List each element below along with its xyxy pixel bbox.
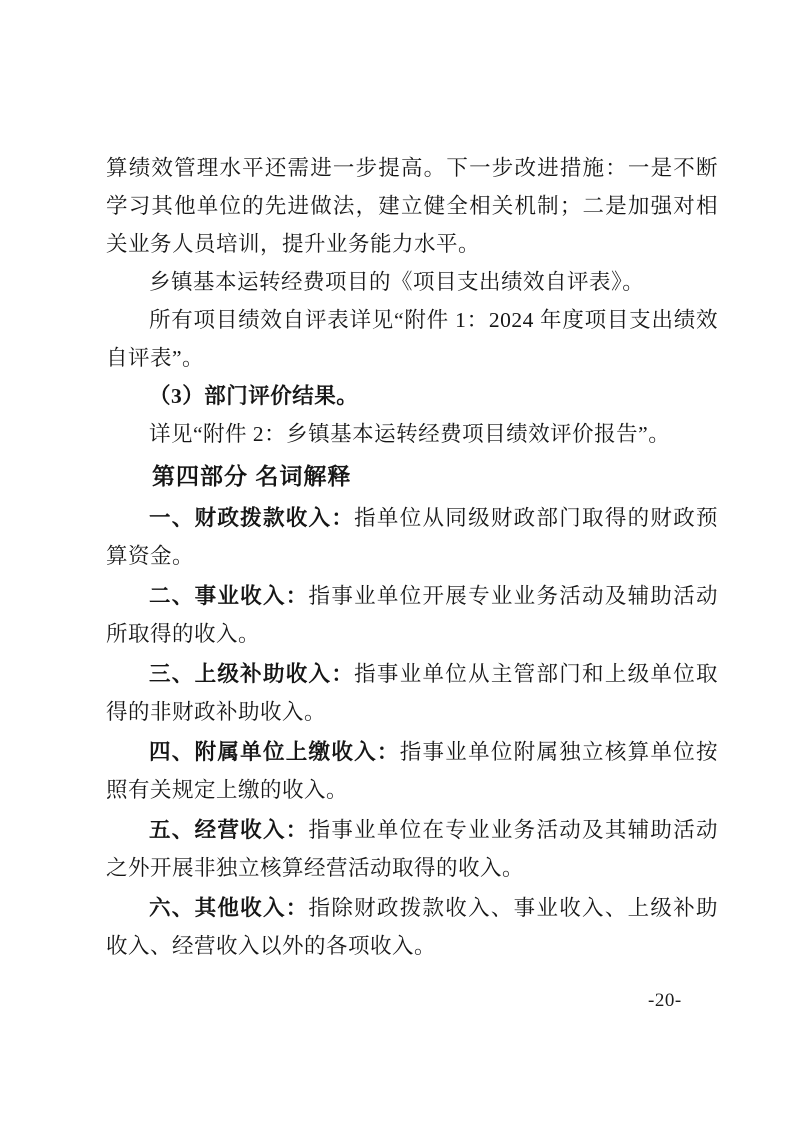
- paragraph-text: 乡镇基本运转经费项目的《项目支出绩效自评表》。: [149, 270, 644, 294]
- paragraph: 所有项目绩效自评表详见“附件 1：2024 年度项目支出绩效自评表”。: [106, 301, 718, 377]
- term-definition: 三、上级补助收入：指事业单位从主管部门和上级单位取得的非财政补助收入。: [106, 655, 718, 731]
- term-lead: 六、其他收入：: [149, 896, 309, 920]
- paragraph: 详见“附件 2：乡镇基本运转经费项目绩效评价报告”。: [106, 415, 718, 453]
- paragraph-text: 算绩效管理水平还需进一步提高。下一步改进措施：一是不断学习其他单位的先进做法，建…: [106, 156, 718, 256]
- term-definition: 一、财政拨款收入：指单位从同级财政部门取得的财政预算资金。: [106, 499, 718, 575]
- term-definition: 六、其他收入：指除财政拨款收入、事业收入、上级补助收入、经营收入以外的各项收入。: [106, 889, 718, 965]
- section-heading: 第四部分 名词解释: [106, 457, 718, 495]
- term-lead: 三、上级补助收入：: [149, 662, 354, 686]
- term-definition: 二、事业收入：指事业单位开展专业业务活动及辅助活动所取得的收入。: [106, 577, 718, 653]
- term-lead: 一、财政拨款收入：: [149, 506, 354, 530]
- term-definition: 五、经营收入：指事业单位在专业业务活动及其辅助活动之外开展非独立核算经营活动取得…: [106, 811, 718, 887]
- subsection-heading: （3）部门评价结果。: [106, 377, 718, 415]
- paragraph-continuation: 算绩效管理水平还需进一步提高。下一步改进措施：一是不断学习其他单位的先进做法，建…: [106, 149, 718, 263]
- paragraph-text: 详见“附件 2：乡镇基本运转经费项目绩效评价报告”。: [149, 422, 670, 446]
- term-definition: 四、附属单位上缴收入：指事业单位附属独立核算单位按照有关规定上缴的收入。: [106, 733, 718, 809]
- paragraph: 乡镇基本运转经费项目的《项目支出绩效自评表》。: [106, 263, 718, 301]
- paragraph-text: 所有项目绩效自评表详见“附件 1：2024 年度项目支出绩效自评表”。: [106, 308, 718, 370]
- text-content: 算绩效管理水平还需进一步提高。下一步改进措施：一是不断学习其他单位的先进做法，建…: [106, 149, 718, 965]
- subsection-heading-text: （3）部门评价结果。: [149, 384, 358, 408]
- page-number: -20-: [648, 990, 682, 1012]
- document-page: 算绩效管理水平还需进一步提高。下一步改进措施：一是不断学习其他单位的先进做法，建…: [0, 0, 793, 1122]
- term-lead: 四、附属单位上缴收入：: [149, 740, 400, 764]
- term-lead: 五、经营收入：: [149, 818, 309, 842]
- term-lead: 二、事业收入：: [149, 584, 309, 608]
